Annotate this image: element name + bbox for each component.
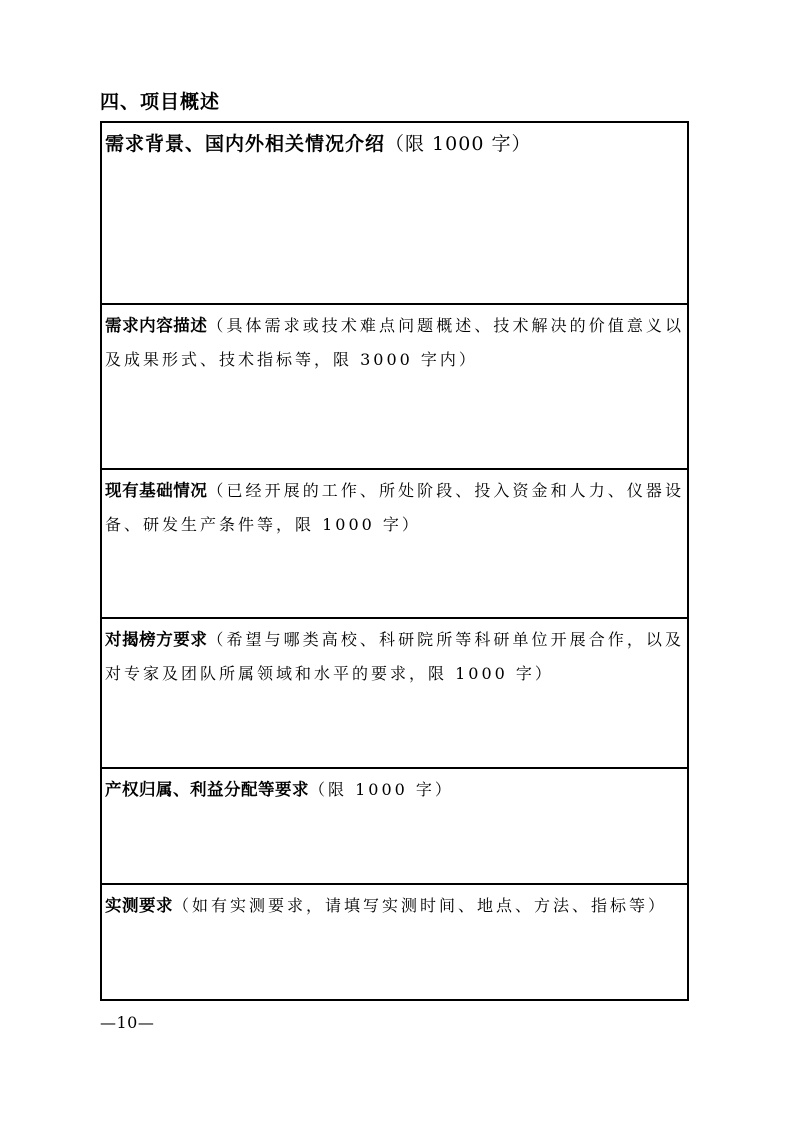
row-heading: 产权归属、利益分配等要求	[105, 780, 309, 799]
row-heading: 需求内容描述	[105, 316, 207, 335]
row-bidder-requirements: 对揭榜方要求（希望与哪类高校、科研院所等科研单位开展合作，以及对专家及团队所属领…	[102, 619, 687, 769]
row-description: （如有实测要求，请填写实测时间、地点、方法、指标等）	[173, 896, 667, 915]
row-description: （限 1000 字）	[385, 133, 531, 155]
row-demand-content: 需求内容描述（具体需求或技术难点问题概述、技术解决的价值意义以及成果形式、技术指…	[102, 305, 687, 470]
document-page: 四、项目概述 需求背景、国内外相关情况介绍（限 1000 字） 需求内容描述（具…	[0, 0, 793, 1122]
row-description: （限 1000 字）	[309, 780, 454, 799]
row-demand-background: 需求背景、国内外相关情况介绍（限 1000 字）	[102, 123, 687, 305]
page-number: —10—	[100, 1013, 154, 1032]
row-heading: 现有基础情况	[105, 481, 207, 500]
row-ip-ownership: 产权归属、利益分配等要求（限 1000 字）	[102, 769, 687, 885]
row-heading: 需求背景、国内外相关情况介绍	[105, 133, 385, 155]
row-heading: 实测要求	[105, 896, 173, 915]
section-title: 四、项目概述	[100, 90, 220, 114]
row-field-test-requirements: 实测要求（如有实测要求，请填写实测时间、地点、方法、指标等）	[102, 885, 687, 999]
row-heading: 对揭榜方要求	[105, 630, 207, 649]
row-existing-basis: 现有基础情况（已经开展的工作、所处阶段、投入资金和人力、仪器设备、研发生产条件等…	[102, 470, 687, 619]
project-overview-table: 需求背景、国内外相关情况介绍（限 1000 字） 需求内容描述（具体需求或技术难…	[100, 121, 689, 1001]
